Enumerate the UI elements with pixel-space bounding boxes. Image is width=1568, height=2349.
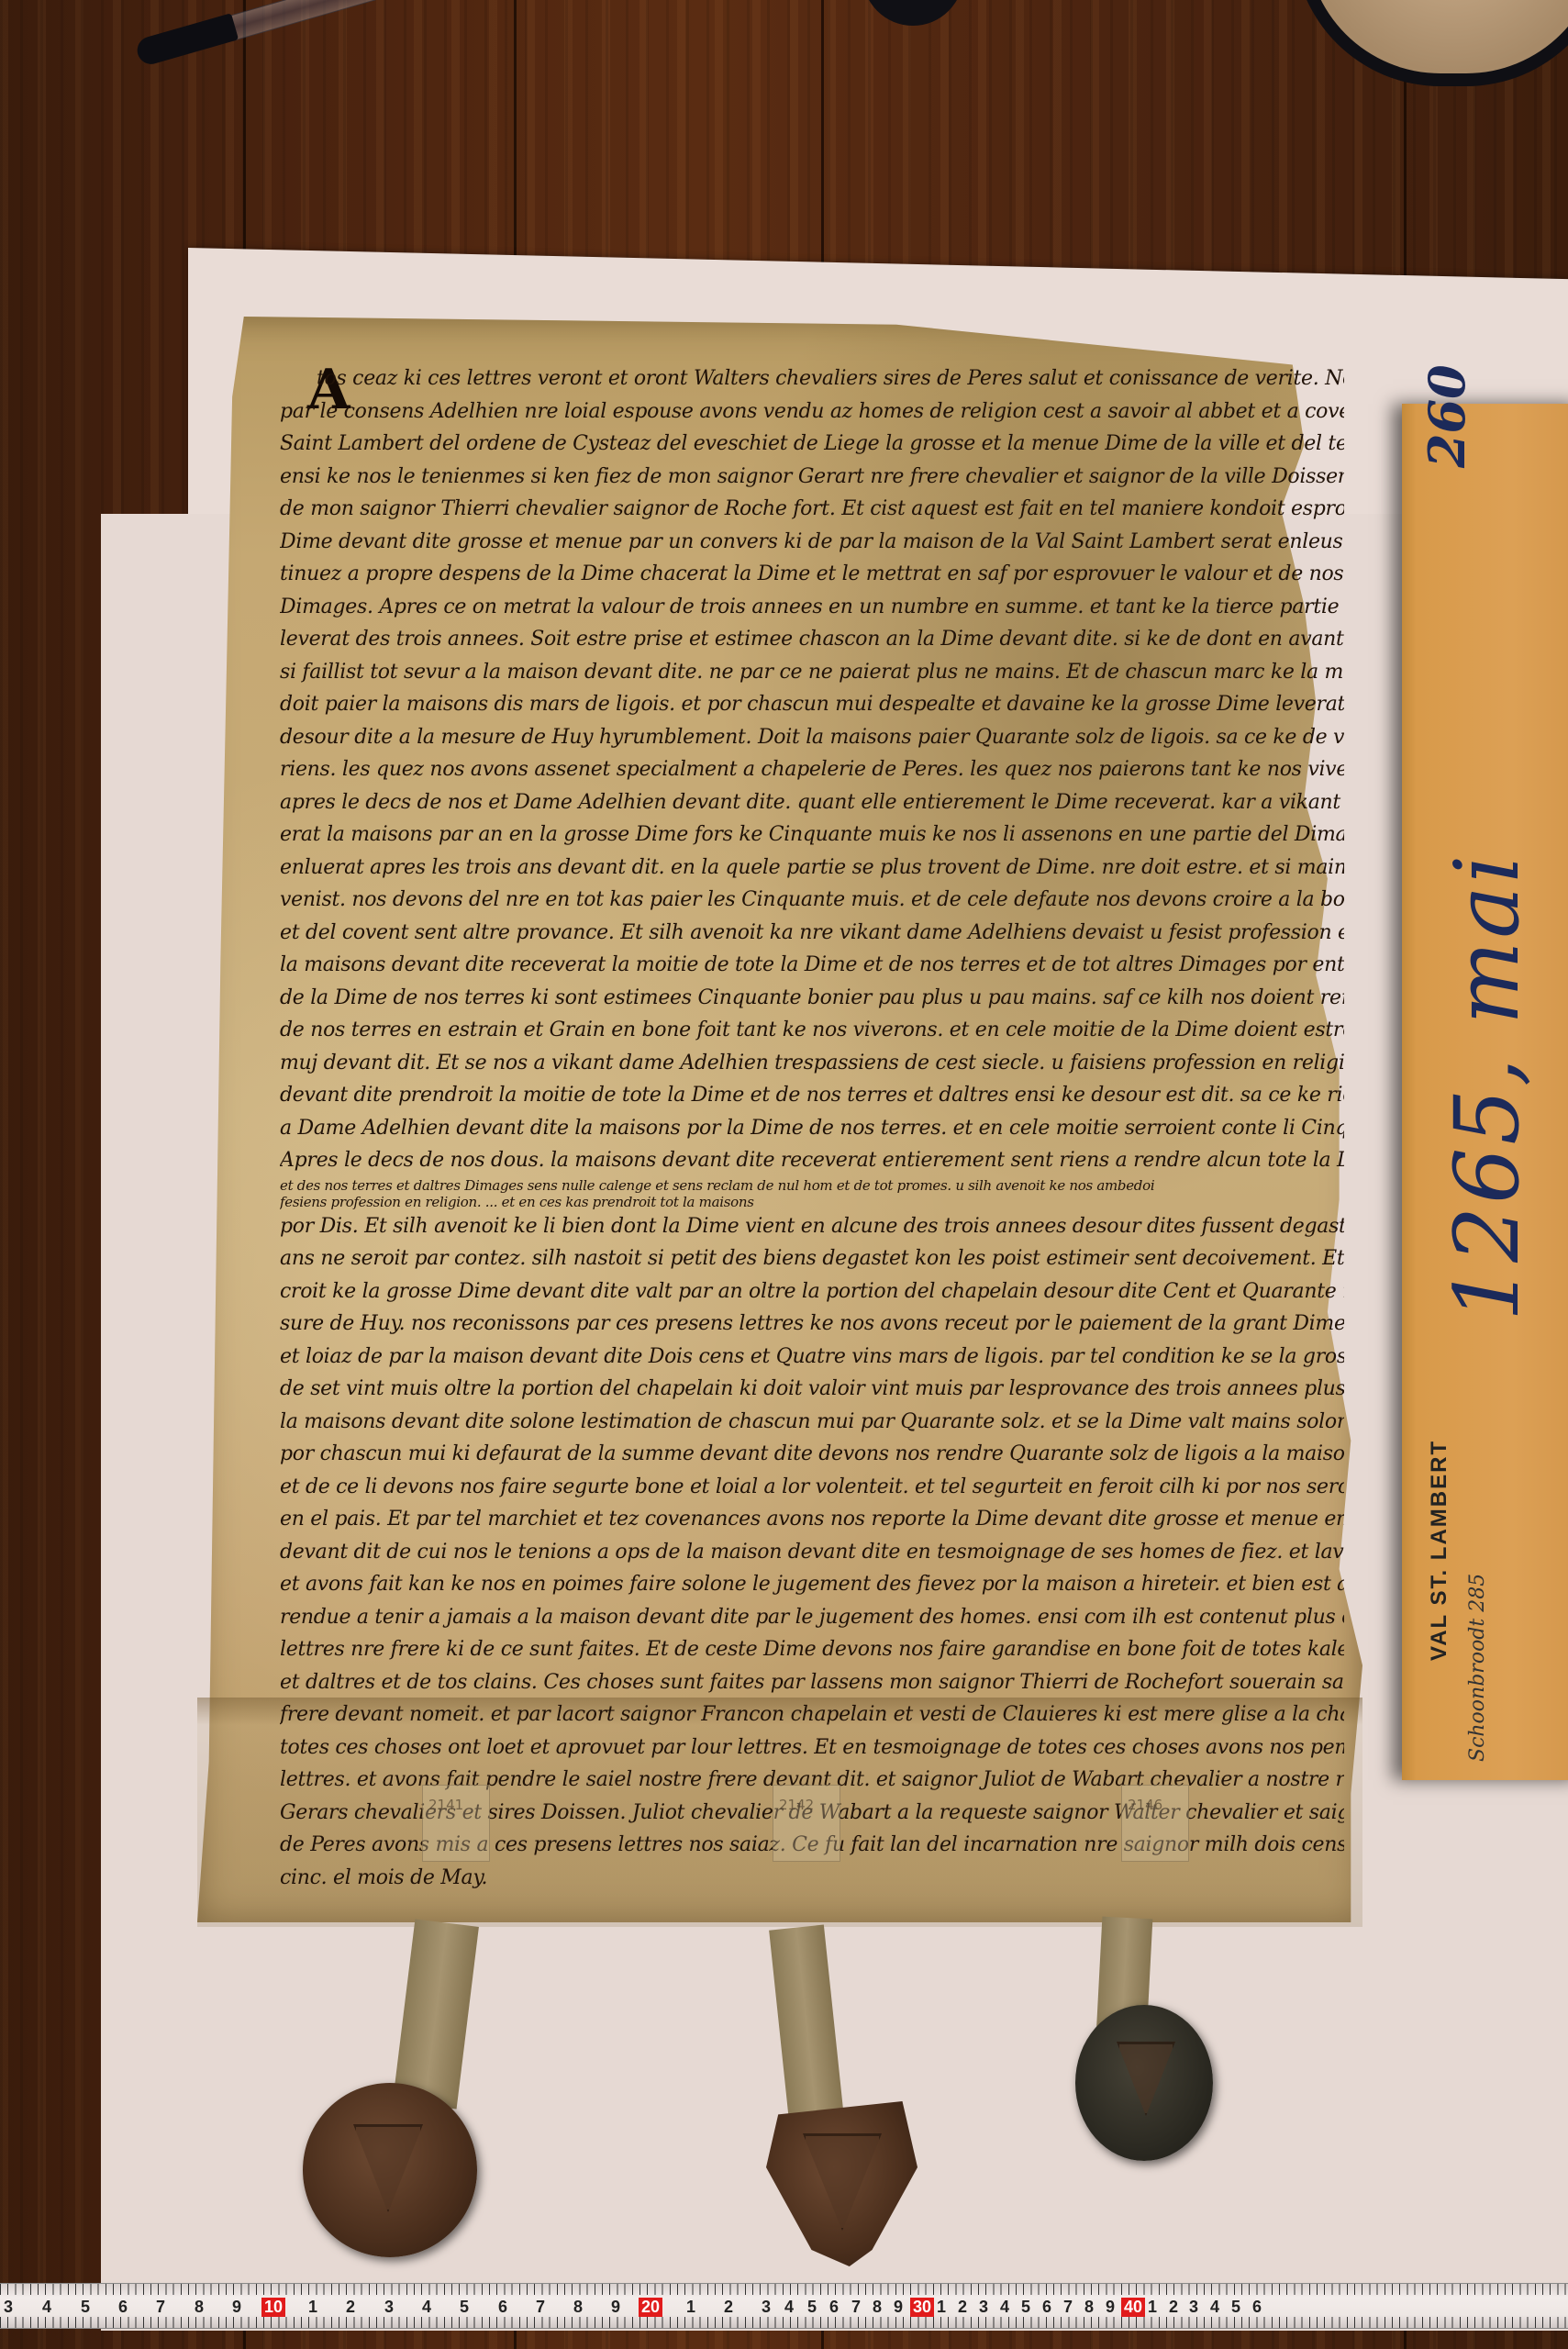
ruler-mark: 1 xyxy=(937,2298,946,2317)
ruler-mark: 4 xyxy=(784,2298,794,2317)
charter-line: et avons fait kan ke nos en poimes faire… xyxy=(280,1568,1344,1601)
dark-object xyxy=(862,0,963,26)
ruler-mark: 5 xyxy=(81,2298,90,2317)
ruler-mark: 6 xyxy=(829,2298,839,2317)
charter-line: leverat des trois annees. Soit estre pri… xyxy=(280,623,1344,656)
charter-line: par le consens Adelhien nre loial espous… xyxy=(280,395,1344,429)
ruler-mark: 6 xyxy=(118,2298,128,2317)
charter-line: et daltres et de tos clains. Ces choses … xyxy=(280,1666,1344,1699)
ruler-mark: 9 xyxy=(1106,2298,1115,2317)
ruler-mark-decade: 10 xyxy=(261,2298,285,2317)
envelope-date: 1265, mai xyxy=(1436,852,1539,1321)
ballpoint-pen xyxy=(133,0,636,69)
ruler-mark: 2 xyxy=(1169,2298,1178,2317)
ruler-mark: 9 xyxy=(232,2298,241,2317)
ruler-mark: 5 xyxy=(1231,2298,1240,2317)
charter-line: en el pais. Et par tel marchiet et tez c… xyxy=(280,1503,1344,1536)
charter-line: Dimages. Apres ce on metrat la valour de… xyxy=(280,591,1344,624)
ruler-mark: 1 xyxy=(1148,2298,1157,2317)
ruler-mark-decade: 30 xyxy=(910,2298,934,2317)
ruler-mark: 2 xyxy=(958,2298,967,2317)
charter-line: de set vint muis oltre la portion del ch… xyxy=(280,1373,1344,1406)
envelope-note: Schoonbroodt 285 xyxy=(1466,1574,1489,1762)
charter-line: tinuez a propre despens de la Dime chace… xyxy=(280,558,1344,591)
charter-line: Dime devant dite grosse et menue par un … xyxy=(280,526,1344,559)
seal-left xyxy=(303,2083,477,2257)
charter-line: cinc. el mois de May. xyxy=(280,1862,1344,1895)
charter-line: apres le decs de nos et Dame Adelhien de… xyxy=(280,786,1344,819)
charter-line: doit paier la maisons dis mars de ligois… xyxy=(280,688,1344,721)
archive-label: 2146 xyxy=(1121,1785,1189,1862)
ruler-mark: 9 xyxy=(894,2298,903,2317)
charter-line: devant dit de cui nos le tenions a ops d… xyxy=(280,1536,1344,1569)
magnifier-case xyxy=(1294,0,1568,86)
ruler-mark: 6 xyxy=(498,2298,507,2317)
ruler-mark: 7 xyxy=(536,2298,545,2317)
ruler-mark: 5 xyxy=(807,2298,817,2317)
archive-label: 2141 xyxy=(422,1785,490,1862)
ruler-mark: 6 xyxy=(1252,2298,1262,2317)
ruler-mark: 7 xyxy=(1063,2298,1073,2317)
ruler-mark: 7 xyxy=(851,2298,861,2317)
ruler-mark: 1 xyxy=(686,2298,695,2317)
charter-line: venist. nos devons del nre en tot kas pa… xyxy=(280,884,1344,917)
charter-line: et loiaz de par la maison devant dite Do… xyxy=(280,1341,1344,1374)
ruler-ticks xyxy=(0,2317,1568,2328)
charter-line: Saint Lambert del ordene de Cysteaz del … xyxy=(280,428,1344,461)
envelope-number: 260 xyxy=(1418,364,1476,468)
charter-line: devant dite prendroit la moitie de tote … xyxy=(280,1079,1344,1112)
ruler-mark: 2 xyxy=(724,2298,733,2317)
ruler-mark: 4 xyxy=(422,2298,431,2317)
charter-line: si faillist tot sevur a la maison devant… xyxy=(280,656,1344,689)
charter-line: Apres le decs de nos dous. la maisons de… xyxy=(280,1144,1344,1177)
ruler-mark: 8 xyxy=(873,2298,882,2317)
ruler-mark: 5 xyxy=(460,2298,469,2317)
envelope-stamp: VAL ST. LAMBERT xyxy=(1427,1440,1452,1661)
ruler-mark: 9 xyxy=(611,2298,620,2317)
charter-line: sure de Huy. nos reconissons par ces pre… xyxy=(280,1308,1344,1341)
seal-shield-icon xyxy=(1117,2042,1175,2116)
measuring-tape: 3 4 5 6 7 8 9 10 1 2 3 4 5 6 7 8 9 20 1 … xyxy=(0,2283,1568,2329)
charter-line: muj devant dit. Et se nos a vikant dame … xyxy=(280,1047,1344,1080)
charter-line: a Dame Adelhien devant dite la maisons p… xyxy=(280,1112,1344,1145)
charter-line: la maisons devant dite receverat la moit… xyxy=(280,949,1344,982)
seal-shield-icon xyxy=(803,2133,882,2231)
ruler-mark: 4 xyxy=(1210,2298,1219,2317)
ruler-mark: 5 xyxy=(1021,2298,1030,2317)
archive-label: 2142 xyxy=(773,1785,840,1862)
seal-shield-icon xyxy=(353,2124,423,2212)
ruler-ticks xyxy=(0,2284,1568,2295)
ruler-mark: 4 xyxy=(1000,2298,1009,2317)
charter-line: de la Dime de nos terres ki sont estimee… xyxy=(280,982,1344,1015)
charter-line: tos ceaz ki ces lettres veront et oront … xyxy=(280,362,1344,395)
ruler-mark: 6 xyxy=(1042,2298,1051,2317)
ruler-mark: 1 xyxy=(308,2298,317,2317)
charter-line: enluerat apres les trois ans devant dit.… xyxy=(280,852,1344,885)
ruler-mark: 3 xyxy=(1189,2298,1198,2317)
ruler-mark: 8 xyxy=(195,2298,204,2317)
charter-line: por chascun mui ki defaurat de la summe … xyxy=(280,1438,1344,1471)
charter-line: la maisons devant dite solone lestimatio… xyxy=(280,1406,1344,1439)
charter-line: et des nos terres et daltres Dimages sen… xyxy=(280,1177,1344,1194)
pen-cap xyxy=(134,13,239,67)
ruler-mark: 4 xyxy=(42,2298,51,2317)
charter-line: desour dite a la mesure de Huy hyrumblem… xyxy=(280,721,1344,754)
pen-barrel xyxy=(223,0,620,42)
ruler-mark: 8 xyxy=(573,2298,583,2317)
charter-line: ensi ke nos le tenienmes si ken fiez de … xyxy=(280,461,1344,494)
ruler-mark: 3 xyxy=(979,2298,988,2317)
charter-line: totes ces choses ont loet et aprovuet pa… xyxy=(280,1731,1344,1765)
charter-line: lettres nre frere ki de ce sunt faites. … xyxy=(280,1633,1344,1666)
charter-line: frere devant nomeit. et par lacort saign… xyxy=(280,1698,1344,1731)
charter-line: croit ke la grosse Dime devant dite valt… xyxy=(280,1275,1344,1308)
charter-line: riens. les quez nos avons assenet specia… xyxy=(280,753,1344,786)
charter-line: de nos terres en estrain et Grain en bon… xyxy=(280,1014,1344,1047)
ruler-mark-decade: 20 xyxy=(639,2298,662,2317)
ruler-mark: 8 xyxy=(1084,2298,1094,2317)
ruler-mark: 3 xyxy=(762,2298,771,2317)
charter-line: de mon saignor Thierri chevalier saignor… xyxy=(280,493,1344,526)
seal-right xyxy=(1075,2005,1213,2161)
ruler-mark-decade: 40 xyxy=(1121,2298,1145,2317)
ruler-mark: 2 xyxy=(346,2298,355,2317)
charter-line: erat la maisons par an en la grosse Dime… xyxy=(280,818,1344,852)
charter-line: fesiens profession en religion. ... et e… xyxy=(280,1194,1344,1210)
ruler-mark: 3 xyxy=(4,2298,13,2317)
charter-line: por Dis. Et silh avenoit ke li bien dont… xyxy=(280,1210,1344,1243)
ruler-mark: 7 xyxy=(156,2298,165,2317)
charter-line: ans ne seroit par contez. silh nastoit s… xyxy=(280,1242,1344,1275)
charter-line: et del covent sent altre provance. Et si… xyxy=(280,917,1344,950)
charter-line: rendue a tenir a jamais a la maison deva… xyxy=(280,1601,1344,1634)
ruler-mark: 3 xyxy=(384,2298,394,2317)
charter-text: tos ceaz ki ces lettres veront et oront … xyxy=(280,362,1344,1894)
charter-line: et de ce li devons nos faire segurte bon… xyxy=(280,1471,1344,1504)
